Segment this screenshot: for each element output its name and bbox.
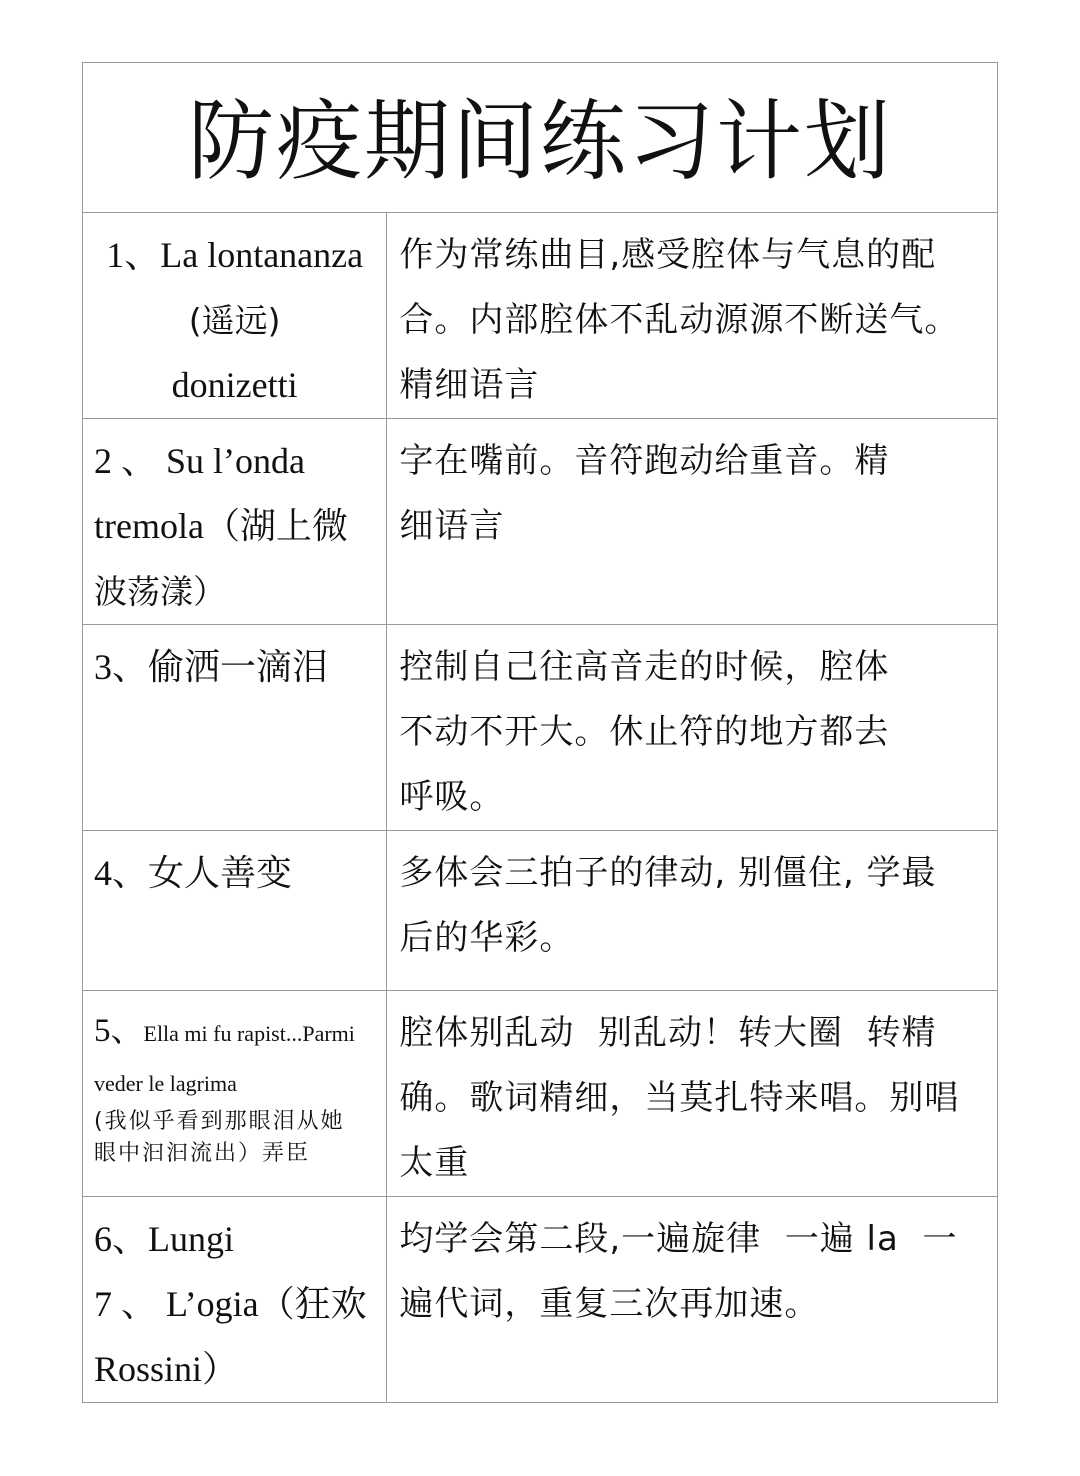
- song-cell: 5、Ella mi fu rapist...Parmi veder le lag…: [83, 991, 387, 1197]
- title-cell: 防疫期间练习计划: [83, 63, 998, 213]
- note-line: 太重: [399, 1131, 986, 1196]
- song-cell: 3、偷洒一滴泪: [83, 625, 387, 831]
- song-number: 5、: [94, 1013, 144, 1049]
- table-row: 1、La lontananza (遥远) donizetti 作为常练曲目,感受…: [83, 213, 998, 419]
- song-cell: 4、女人善变: [83, 831, 387, 991]
- song-translation: (我似乎看到那眼泪从她: [94, 1106, 375, 1138]
- song-title: 3、偷洒一滴泪: [94, 635, 375, 700]
- song-title-line: tremola（湖上微: [94, 494, 375, 559]
- note-line: 遍代词，重复三次再加速。: [399, 1272, 986, 1337]
- note-line: 控制自己往高音走的时候，腔体: [399, 635, 986, 700]
- table-row: 6、Lungi 7 、 L’ogia（狂欢 Rossini） 均学会第二段,一遍…: [83, 1197, 998, 1403]
- document-title: 防疫期间练习计划: [188, 98, 892, 186]
- song-title-line: 5、Ella mi fu rapist...Parmi: [94, 1007, 375, 1056]
- song-title: 4、女人善变: [94, 841, 375, 906]
- song-cell: 2 、 Su l’onda tremola（湖上微 波荡漾）: [83, 419, 387, 625]
- song-cell: 1、La lontananza (遥远) donizetti: [83, 213, 387, 419]
- table-row: 2 、 Su l’onda tremola（湖上微 波荡漾） 字在嘴前。音符跑动…: [83, 419, 998, 625]
- note-line: 腔体别乱动 别乱动！转大圈 转精: [399, 1001, 986, 1066]
- note-line: 合。内部腔体不乱动源源不断送气。: [399, 288, 986, 353]
- song-title-part: l’onda: [213, 441, 305, 481]
- song-title: 1、La lontananza: [94, 223, 375, 288]
- song-title: Ella mi fu rapist...Parmi: [144, 1021, 355, 1046]
- song-composer: Rossini）: [94, 1337, 375, 1402]
- note-cell: 腔体别乱动 别乱动！转大圈 转精 确。歌词精细，当莫扎特来唱。别唱 太重: [387, 991, 998, 1197]
- note-line: 字在嘴前。音符跑动给重音。精: [399, 429, 986, 494]
- table-row: 3、偷洒一滴泪 控制自己往高音走的时候，腔体 不动不开大。休止符的地方都去 呼吸…: [83, 625, 998, 831]
- title-row: 防疫期间练习计划: [83, 63, 998, 213]
- song-title: 6、Lungi: [94, 1207, 375, 1272]
- song-translation: 波荡漾）: [94, 559, 375, 624]
- note-line: 多体会三拍子的律动, 别僵住, 学最: [399, 841, 986, 906]
- note-line: 呼吸。: [399, 765, 986, 830]
- note-cell: 多体会三拍子的律动, 别僵住, 学最 后的华彩。: [387, 831, 998, 991]
- note-line: 细语言: [399, 494, 986, 559]
- song-title-line: 2 、 Su l’onda: [94, 429, 375, 494]
- note-cell: 控制自己往高音走的时候，腔体 不动不开大。休止符的地方都去 呼吸。: [387, 625, 998, 831]
- note-line: 作为常练曲目,感受腔体与气息的配: [399, 223, 986, 288]
- table-row: 4、女人善变 多体会三拍子的律动, 别僵住, 学最 后的华彩。: [83, 831, 998, 991]
- practice-plan-table: 防疫期间练习计划 1、La lontananza (遥远) donizetti …: [82, 62, 998, 1403]
- song-translation: 眼中汩汩流出）弄臣: [94, 1138, 375, 1170]
- song-translation: (遥远): [94, 288, 375, 353]
- table-row: 5、Ella mi fu rapist...Parmi veder le lag…: [83, 991, 998, 1197]
- note-line: 均学会第二段,一遍旋律 一遍 la 一: [399, 1207, 986, 1272]
- note-line: 后的华彩。: [399, 906, 986, 971]
- note-cell: 均学会第二段,一遍旋律 一遍 la 一 遍代词，重复三次再加速。: [387, 1197, 998, 1403]
- song-title-part: 2 、 Su: [94, 441, 204, 481]
- song-cell: 6、Lungi 7 、 L’ogia（狂欢 Rossini）: [83, 1197, 387, 1403]
- note-line: 确。歌词精细，当莫扎特来唱。别唱: [399, 1066, 986, 1131]
- song-title: 7 、 L’ogia（狂欢: [94, 1272, 375, 1337]
- note-line: 精细语言: [399, 353, 986, 418]
- song-title-line: veder le lagrima: [94, 1062, 375, 1106]
- note-cell: 字在嘴前。音符跑动给重音。精 细语言: [387, 419, 998, 625]
- song-composer: donizetti: [94, 353, 375, 418]
- note-cell: 作为常练曲目,感受腔体与气息的配 合。内部腔体不乱动源源不断送气。 精细语言: [387, 213, 998, 419]
- note-line: 不动不开大。休止符的地方都去: [399, 700, 986, 765]
